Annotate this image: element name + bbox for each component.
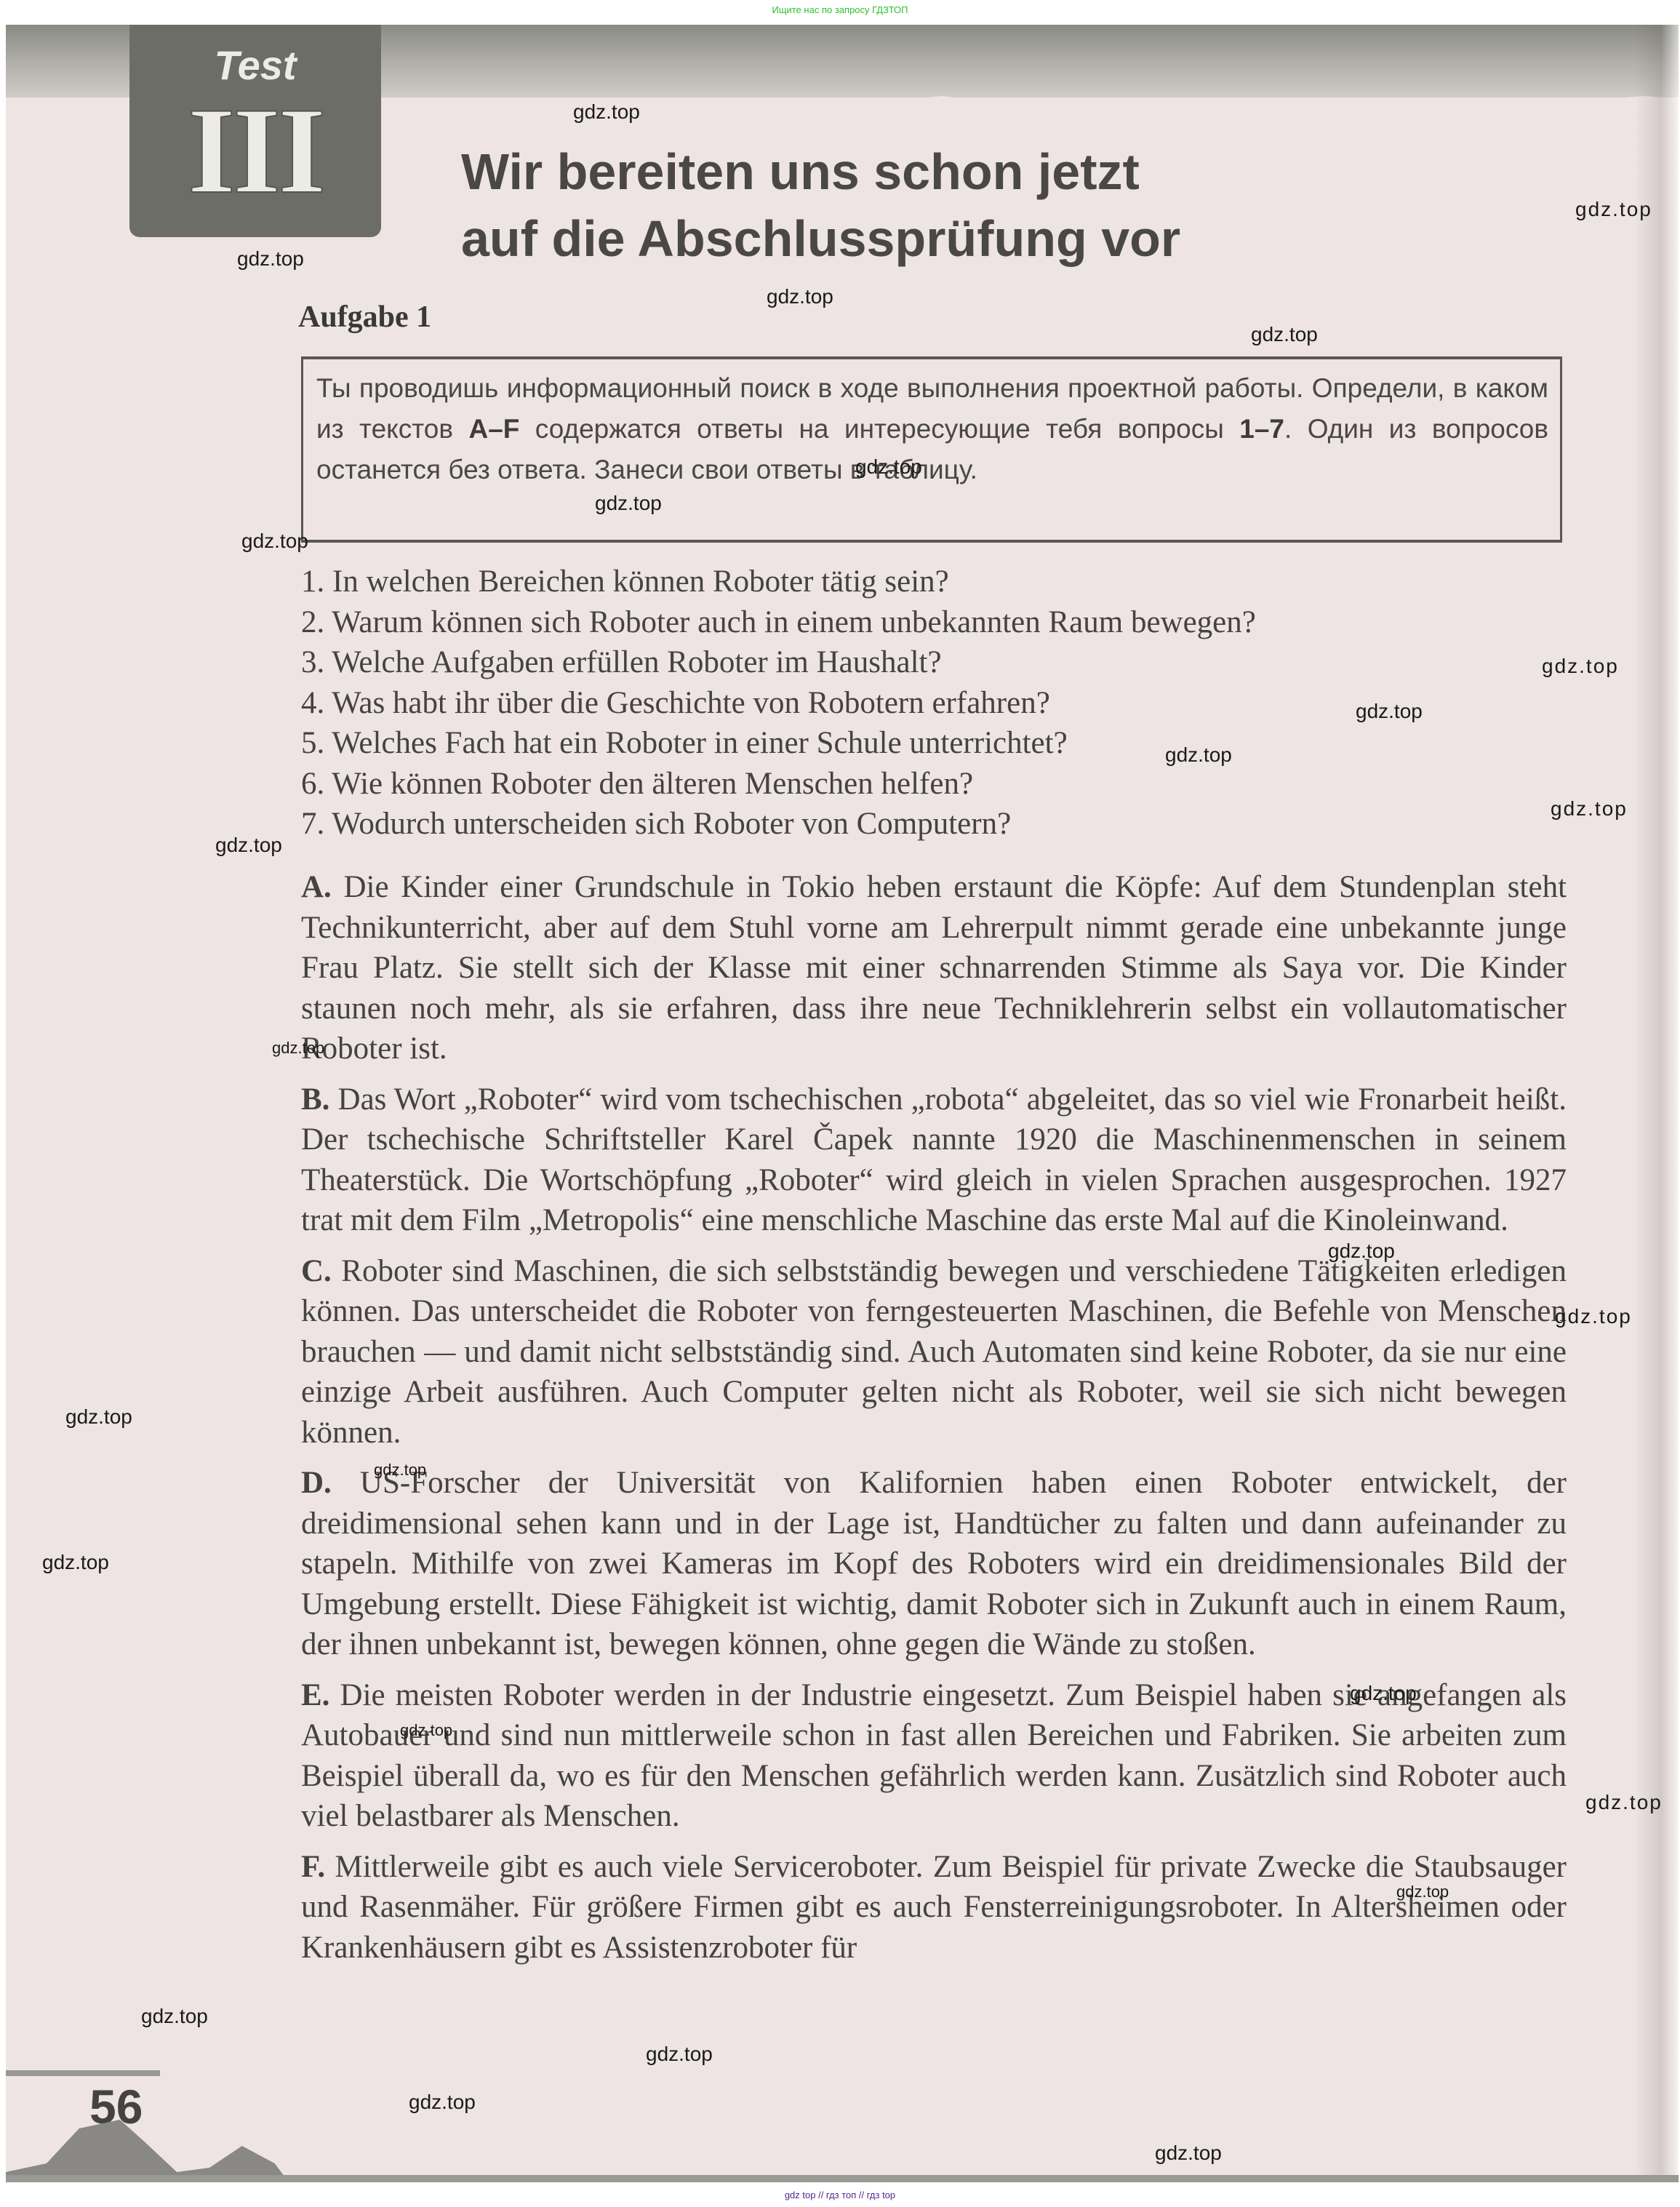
- watermark: gdz.top: [1396, 1883, 1449, 1901]
- watermark: gdz.top: [374, 1461, 426, 1480]
- text-body: Mittlerweile gibt es auch viele Servicer…: [301, 1850, 1567, 1965]
- watermark: gdz.top: [215, 834, 282, 857]
- task-instruction-box: Ты проводишь информационный поиск в ходе…: [301, 356, 1562, 543]
- watermark: gdz.top: [65, 1405, 132, 1429]
- text-body: US-Forscher der Universität von Kaliforn…: [301, 1466, 1567, 1661]
- text-a: A. Die Kinder einer Grundschule in Tokio…: [301, 867, 1567, 1069]
- page-binding-shadow: [1635, 25, 1679, 2182]
- page-bottom-edge: [6, 2175, 1679, 2182]
- watermark: gdz.top: [42, 1551, 109, 1574]
- watermark: gdz.top: [1551, 797, 1628, 821]
- watermark: gdz.top: [1356, 700, 1423, 723]
- watermark: gdz.top: [1155, 2142, 1222, 2165]
- instruction-range-texts: A–F: [468, 414, 519, 444]
- question-item: 7. Wodurch unterscheiden sich Roboter vo…: [301, 804, 1581, 845]
- instruction-text: содержатся ответы на интересующие тебя в…: [519, 414, 1239, 444]
- text-body: Roboter sind Maschinen, die sich selbsts…: [301, 1254, 1567, 1450]
- text-d: D. US-Forscher der Universität von Kalif…: [301, 1463, 1567, 1665]
- instruction-range-questions: 1–7: [1239, 414, 1284, 444]
- text-letter: F.: [301, 1850, 325, 1884]
- bottom-banner: gdz top // гдз топ // гдз top: [0, 2185, 1680, 2207]
- watermark: gdz.top: [573, 100, 640, 124]
- page-bottom-decoration: [6, 2120, 413, 2182]
- watermark: gdz.top: [1328, 1240, 1395, 1263]
- watermark: gdz.top: [141, 2005, 208, 2028]
- watermark: gdz.top: [237, 247, 304, 271]
- top-banner: Ищите нас по запросу ГДЗТОП: [0, 0, 1680, 22]
- watermark: gdz.top: [646, 2043, 713, 2066]
- text-body: Das Wort „Roboter“ wird vom tschechische…: [301, 1082, 1567, 1238]
- text-letter: D.: [301, 1466, 332, 1500]
- watermark: gdz.top: [1555, 1305, 1632, 1328]
- page-title-line-1: Wir bereiten uns schon jetzt: [461, 138, 1407, 205]
- text-c: C. Roboter sind Maschinen, die sich selb…: [301, 1251, 1567, 1453]
- text-b: B. Das Wort „Roboter“ wird vom tschechis…: [301, 1079, 1567, 1241]
- text-letter: C.: [301, 1254, 332, 1288]
- text-letter: E.: [301, 1678, 329, 1712]
- watermark: gdz.top: [1251, 323, 1318, 346]
- test-badge-number: III: [129, 89, 381, 212]
- page-title: Wir bereiten uns schon jetzt auf die Abs…: [461, 138, 1407, 272]
- test-badge: Test III: [129, 25, 381, 237]
- watermark: gdz.top: [1165, 743, 1232, 767]
- question-item: 1. In welchen Bereichen können Roboter t…: [301, 562, 1581, 602]
- watermark: gdz.top: [400, 1721, 452, 1740]
- watermark: gdz.top: [1575, 198, 1652, 221]
- text-letter: B.: [301, 1082, 329, 1117]
- page-title-line-2: auf die Abschlussprüfung vor: [461, 205, 1407, 272]
- text-body: Die Kinder einer Grundschule in Tokio he…: [301, 870, 1567, 1066]
- question-item: 5. Welches Fach hat ein Roboter in einer…: [301, 723, 1581, 764]
- watermark: gdz.top: [855, 455, 922, 479]
- watermark: gdz.top: [1350, 1682, 1417, 1705]
- textbook-page: Test III Wir bereiten uns schon jetzt au…: [6, 25, 1679, 2182]
- watermark: gdz.top: [272, 1039, 324, 1058]
- page-number-rule: [6, 2070, 160, 2076]
- watermark: gdz.top: [409, 2091, 476, 2114]
- question-item: 6. Wie können Roboter den älteren Mensch…: [301, 764, 1581, 805]
- watermark: gdz.top: [595, 492, 662, 515]
- question-item: 3. Welche Aufgaben erfüllen Roboter im H…: [301, 642, 1581, 683]
- text-f: F. Mittlerweile gibt es auch viele Servi…: [301, 1847, 1567, 1968]
- watermark: gdz.top: [1585, 1791, 1663, 1814]
- question-item: 2. Warum können sich Roboter auch in ein…: [301, 602, 1581, 643]
- reading-texts: A. Die Kinder einer Grundschule in Tokio…: [301, 867, 1567, 1978]
- watermark: gdz.top: [1542, 655, 1619, 678]
- task-heading: Aufgabe 1: [298, 300, 431, 335]
- watermark: gdz.top: [767, 285, 833, 308]
- text-letter: A.: [301, 870, 332, 904]
- watermark: gdz.top: [241, 530, 308, 553]
